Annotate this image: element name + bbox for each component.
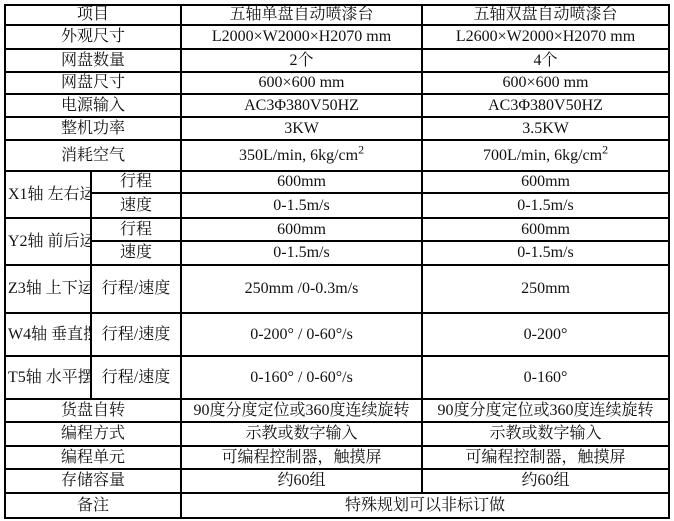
spec-label: 存储容量	[5, 469, 181, 493]
spec-label: 整机功率	[5, 117, 181, 140]
spec-value-single: 3KW	[181, 117, 422, 140]
spec-value-single: 350L/min, 6kg/cm2	[181, 140, 422, 171]
table-row-programming-method: 编程方式 示教或数字输入 示教或数字输入	[5, 422, 669, 446]
table-row-header: 项目 五轴单盘自动喷漆台 五轴双盘自动喷漆台	[5, 5, 669, 25]
table-row-total-power: 整机功率 3KW 3.5KW	[5, 117, 669, 140]
header-item-label: 项目	[5, 5, 181, 25]
spec-value-single: 0-1.5m/s	[181, 193, 422, 218]
spec-value-single: AC3Φ380V50HZ	[181, 94, 422, 117]
spec-value-single: 0-1.5m/s	[181, 241, 422, 265]
spec-value-double: 600mm	[422, 171, 669, 193]
spec-value-double: 0-160°	[422, 356, 669, 399]
sub-spec-label: 行程/速度	[91, 356, 181, 399]
spec-value-single: 0-160° / 0-60°/s	[181, 356, 422, 399]
spec-value-single: 可编程控制器，触摸屏	[181, 446, 422, 469]
spec-value-double: 600×600 mm	[422, 72, 669, 94]
remarks-value: 特殊规划可以非标订做	[181, 493, 669, 518]
air-value-superscript: 2	[602, 142, 608, 156]
sub-spec-label: 行程/速度	[91, 265, 181, 313]
spec-label: 编程单元	[5, 446, 181, 469]
sub-spec-label: 速度	[91, 193, 181, 218]
spec-value-double: 0-1.5m/s	[422, 193, 669, 218]
spec-label: 网盘尺寸	[5, 72, 181, 94]
spec-value-double: 250mm	[422, 265, 669, 313]
sub-spec-label: 行程	[91, 171, 181, 193]
spec-value-single: 2个	[181, 49, 422, 72]
spec-value-double: 约60组	[422, 469, 669, 493]
spec-value-double: L2600×W2000×H2070 mm	[422, 25, 669, 49]
table-row-air-consumption: 消耗空气 350L/min, 6kg/cm2 700L/min, 6kg/cm2	[5, 140, 669, 171]
axis-label-y2: Y2轴 前后运动	[5, 218, 91, 265]
spec-label: 备注	[5, 493, 181, 518]
spec-value-double: 3.5KW	[422, 117, 669, 140]
table-row-power-input: 电源输入 AC3Φ380V50HZ AC3Φ380V50HZ	[5, 94, 669, 117]
table-row-x1-stroke: X1轴 左右运动 行程 600mm 600mm	[5, 171, 669, 193]
spec-label: 网盘数量	[5, 49, 181, 72]
sub-spec-label: 速度	[91, 241, 181, 265]
table-row-remarks: 备注 特殊规划可以非标订做	[5, 493, 669, 518]
table-row-z3: Z3轴 上下运动 行程/速度 250mm /0-0.3m/s 250mm	[5, 265, 669, 313]
spec-label: 电源输入	[5, 94, 181, 117]
spec-value-double: 0-200°	[422, 313, 669, 356]
spec-value-single: 90度分度定位或360度连续旋转	[181, 399, 422, 422]
table-row-w4: W4轴 垂直摆枪 行程/速度 0-200° / 0-60°/s 0-200°	[5, 313, 669, 356]
spec-label: 编程方式	[5, 422, 181, 446]
table-row-x1-speed: 速度 0-1.5m/s 0-1.5m/s	[5, 193, 669, 218]
spec-value-single: 250mm /0-0.3m/s	[181, 265, 422, 313]
axis-label-z3: Z3轴 上下运动	[5, 265, 91, 313]
spec-sheet: 项目 五轴单盘自动喷漆台 五轴双盘自动喷漆台 外观尺寸 L2000×W2000×…	[0, 0, 674, 521]
spec-label: 消耗空气	[5, 140, 181, 171]
spec-value-single: 约60组	[181, 469, 422, 493]
spec-label: 货盘自转	[5, 399, 181, 422]
table-row-storage-capacity: 存储容量 约60组 约60组	[5, 469, 669, 493]
sub-spec-label: 行程	[91, 218, 181, 241]
table-row-y2-stroke: Y2轴 前后运动 行程 600mm 600mm	[5, 218, 669, 241]
spec-value-double: 90度分度定位或360度连续旋转	[422, 399, 669, 422]
air-value-superscript: 2	[358, 142, 364, 156]
header-double-disc: 五轴双盘自动喷漆台	[422, 5, 669, 25]
table-row-y2-speed: 速度 0-1.5m/s 0-1.5m/s	[5, 241, 669, 265]
table-row-disc-size: 网盘尺寸 600×600 mm 600×600 mm	[5, 72, 669, 94]
header-single-disc: 五轴单盘自动喷漆台	[181, 5, 422, 25]
table-row-t5: T5轴 水平摆枪 行程/速度 0-160° / 0-60°/s 0-160°	[5, 356, 669, 399]
table-row-disc-count: 网盘数量 2个 4个	[5, 49, 669, 72]
table-row-dimensions: 外观尺寸 L2000×W2000×H2070 mm L2600×W2000×H2…	[5, 25, 669, 49]
table-row-pallet-rotation: 货盘自转 90度分度定位或360度连续旋转 90度分度定位或360度连续旋转	[5, 399, 669, 422]
spec-value-single: 0-200° / 0-60°/s	[181, 313, 422, 356]
spec-value-single: 600×600 mm	[181, 72, 422, 94]
sub-spec-label: 行程/速度	[91, 313, 181, 356]
spec-value-double: 600mm	[422, 218, 669, 241]
spec-value-double: 700L/min, 6kg/cm2	[422, 140, 669, 171]
axis-label-x1: X1轴 左右运动	[5, 171, 91, 218]
spec-value-single: L2000×W2000×H2070 mm	[181, 25, 422, 49]
axis-label-w4: W4轴 垂直摆枪	[5, 313, 91, 356]
spec-value-single: 示教或数字输入	[181, 422, 422, 446]
spec-label: 外观尺寸	[5, 25, 181, 49]
spec-table: 项目 五轴单盘自动喷漆台 五轴双盘自动喷漆台 外观尺寸 L2000×W2000×…	[4, 4, 670, 519]
axis-label-t5: T5轴 水平摆枪	[5, 356, 91, 399]
air-value-base: 350L/min, 6kg/cm	[239, 147, 358, 164]
air-value-base: 700L/min, 6kg/cm	[483, 147, 602, 164]
table-row-programming-unit: 编程单元 可编程控制器，触摸屏 可编程控制器，触摸屏	[5, 446, 669, 469]
spec-value-double: 可编程控制器，触摸屏	[422, 446, 669, 469]
spec-value-single: 600mm	[181, 218, 422, 241]
spec-value-double: 示教或数字输入	[422, 422, 669, 446]
spec-value-double: 4个	[422, 49, 669, 72]
spec-value-double: AC3Φ380V50HZ	[422, 94, 669, 117]
spec-value-double: 0-1.5m/s	[422, 241, 669, 265]
spec-value-single: 600mm	[181, 171, 422, 193]
